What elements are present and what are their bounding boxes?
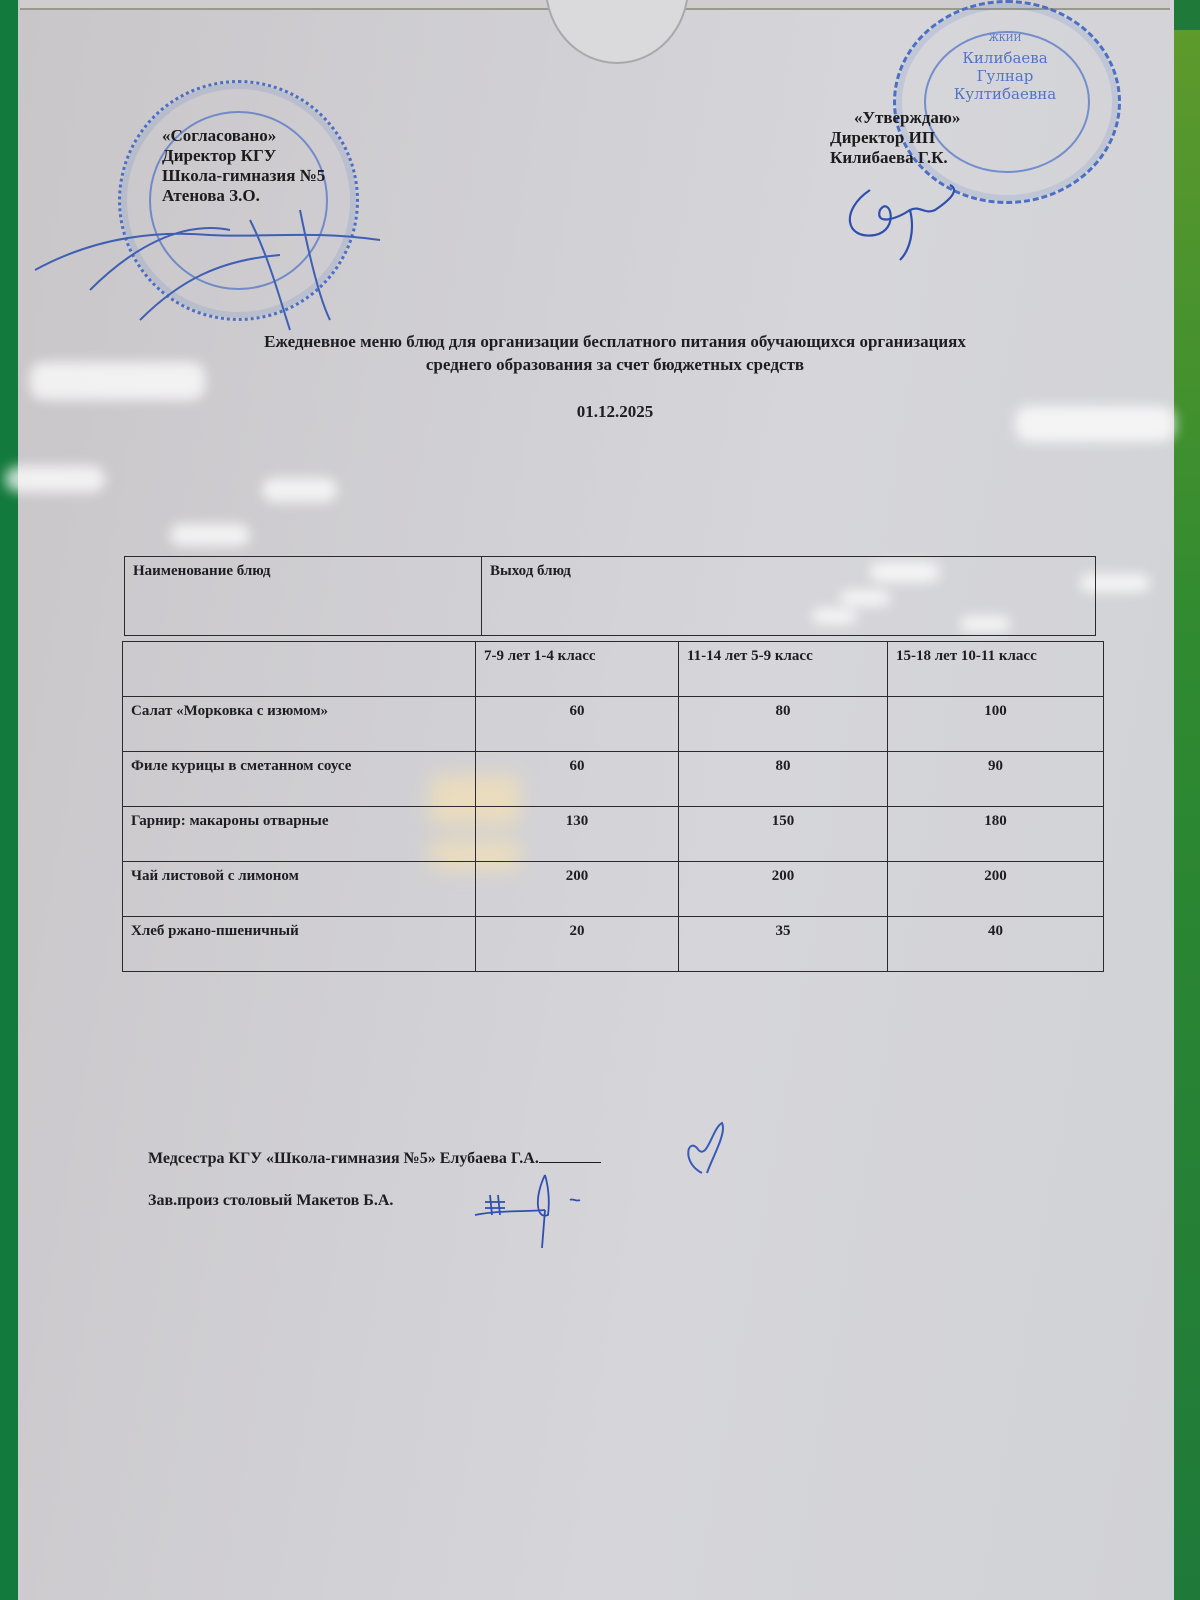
approval-agreed-block: «Согласовано» Директор КГУ Школа-гимнази… bbox=[162, 126, 325, 206]
green-frame-right bbox=[1174, 30, 1200, 1600]
approval-approved-heading: «Утверждаю» bbox=[830, 108, 960, 128]
portion-value: 60 bbox=[476, 697, 679, 752]
light-glare bbox=[5, 466, 105, 492]
signature-right bbox=[840, 180, 970, 265]
nurse-signature-line: Медсестра КГУ «Школа-гимназия №5» Елубае… bbox=[148, 1150, 601, 1168]
document-title: Ежедневное меню блюд для организации бес… bbox=[150, 330, 1080, 376]
age-group-header: 11-14 лет 5-9 класс bbox=[679, 642, 888, 697]
age-group-header: 15-18 лет 10-11 класс bbox=[888, 642, 1104, 697]
header-empty-cell bbox=[123, 642, 476, 697]
canteen-head-signature-line: Зав.произ столовый Макетов Б.А. bbox=[148, 1192, 393, 1210]
signature-left bbox=[30, 200, 390, 340]
portion-value: 35 bbox=[679, 917, 888, 972]
nurse-signature bbox=[672, 1118, 732, 1178]
green-frame-left bbox=[0, 0, 20, 1600]
table-row: Филе курицы в сметанном соусе 60 80 90 bbox=[123, 752, 1104, 807]
stamp-name-line1: Килибаева bbox=[945, 50, 1065, 67]
light-glare bbox=[170, 524, 250, 546]
portion-value: 100 bbox=[888, 697, 1104, 752]
light-glare bbox=[262, 478, 337, 502]
portion-value: 200 bbox=[679, 862, 888, 917]
approval-agreed-position: Директор КГУ bbox=[162, 146, 325, 166]
approval-approved-block: «Утверждаю» Директор ИП Килибаева Г.К. bbox=[830, 108, 960, 168]
dish-name: Салат «Морковка с изюмом» bbox=[123, 697, 476, 752]
age-group-header: 7-9 лет 1-4 класс bbox=[476, 642, 679, 697]
dish-name: Хлеб ржано-пшеничный bbox=[123, 917, 476, 972]
canteen-head-signature bbox=[470, 1170, 590, 1250]
menu-date: 01.12.2025 bbox=[150, 402, 1080, 422]
portion-value: 150 bbox=[679, 807, 888, 862]
portion-value: 60 bbox=[476, 752, 679, 807]
nurse-label: Медсестра КГУ «Школа-гимназия №5» Елубае… bbox=[148, 1150, 539, 1167]
stamp-name-line2: Гулнар bbox=[945, 68, 1065, 85]
table-row: Чай листовой с лимоном 200 200 200 bbox=[123, 862, 1104, 917]
stamp-name-line3: Култибаевна bbox=[945, 86, 1065, 103]
dish-name: Чай листовой с лимоном bbox=[123, 862, 476, 917]
title-line2: среднего образования за счет бюджетных с… bbox=[150, 353, 1080, 376]
portion-value: 200 bbox=[888, 862, 1104, 917]
portion-value: 40 bbox=[888, 917, 1104, 972]
dish-name: Филе курицы в сметанном соусе bbox=[123, 752, 476, 807]
title-line1: Ежедневное меню блюд для организации бес… bbox=[150, 330, 1080, 353]
approval-approved-name: Килибаева Г.К. bbox=[830, 148, 960, 168]
header-dish-name: Наименование блюд bbox=[125, 557, 482, 636]
canteen-head-label: Зав.произ столовый Макетов Б.А. bbox=[148, 1192, 393, 1209]
dish-name: Гарнир: макароны отварные bbox=[123, 807, 476, 862]
table-row: Гарнир: макароны отварные 130 150 180 bbox=[123, 807, 1104, 862]
portion-value: 180 bbox=[888, 807, 1104, 862]
header-dish-output: Выход блюд bbox=[482, 557, 1096, 636]
portion-value: 90 bbox=[888, 752, 1104, 807]
approval-approved-position: Директор ИП bbox=[830, 128, 960, 148]
approval-agreed-organization: Школа-гимназия №5 bbox=[162, 166, 325, 186]
approval-agreed-heading: «Согласовано» bbox=[162, 126, 325, 146]
table-row: Хлеб ржано-пшеничный 20 35 40 bbox=[123, 917, 1104, 972]
table-row: Салат «Морковка с изюмом» 60 80 100 bbox=[123, 697, 1104, 752]
portion-value: 80 bbox=[679, 752, 888, 807]
stamp-header: ЖКИИ bbox=[960, 35, 1050, 45]
portion-value: 200 bbox=[476, 862, 679, 917]
menu-table: 7-9 лет 1-4 класс 11-14 лет 5-9 класс 15… bbox=[122, 641, 1104, 972]
portion-value: 20 bbox=[476, 917, 679, 972]
portion-value: 80 bbox=[679, 697, 888, 752]
menu-table-header: Наименование блюд Выход блюд bbox=[124, 556, 1096, 636]
portion-value: 130 bbox=[476, 807, 679, 862]
